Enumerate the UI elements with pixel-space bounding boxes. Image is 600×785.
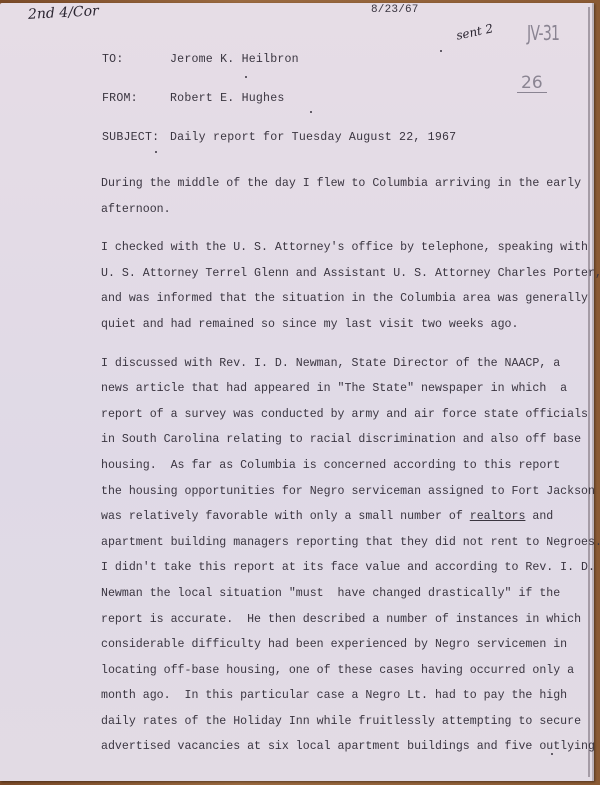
memo-line: news article that had appeared in "The S… xyxy=(101,376,571,402)
memo-line: report is accurate. He then described a … xyxy=(101,607,571,633)
memo-line: in South Carolina relating to racial dis… xyxy=(101,427,571,453)
memo-body: During the middle of the day I flew to C… xyxy=(101,171,571,773)
to-value: Jerome K. Heilbron xyxy=(170,53,299,66)
memo-line: locating off-base housing, one of these … xyxy=(101,658,571,684)
handwritten-note-top-left: 2nd 4/Cor xyxy=(28,3,100,23)
subject-label: SUBJECT: xyxy=(102,131,159,144)
handwritten-file-id: JV-31 xyxy=(527,21,559,45)
handwritten-page-number: 26 xyxy=(517,74,547,93)
memo-line: afternoon. xyxy=(101,197,571,223)
ink-speck xyxy=(310,111,312,113)
from-value: Robert E. Hughes xyxy=(170,92,285,105)
memo-line: daily rates of the Holiday Inn while fru… xyxy=(101,709,571,735)
underlined-word: realtors xyxy=(470,510,526,523)
memo-line: advertised vacancies at six local apartm… xyxy=(101,734,571,760)
to-label: TO: xyxy=(102,53,123,66)
memo-line: I discussed with Rev. I. D. Newman, Stat… xyxy=(101,351,571,377)
ink-speck xyxy=(155,151,157,153)
memo-paragraph: I discussed with Rev. I. D. Newman, Stat… xyxy=(101,351,571,761)
page-edge xyxy=(588,7,590,777)
memo-line: the housing opportunities for Negro serv… xyxy=(101,479,571,505)
memo-line: I didn't take this report at its face va… xyxy=(101,555,571,581)
memo-line: considerable difficulty had been experie… xyxy=(101,632,571,658)
memo-line: report of a survey was conducted by army… xyxy=(101,402,571,428)
memo-line: and was informed that the situation in t… xyxy=(101,286,571,312)
memo-line: apartment building managers reporting th… xyxy=(101,530,571,556)
memo-line: month ago. In this particular case a Neg… xyxy=(101,683,571,709)
subject-value: Daily report for Tuesday August 22, 1967 xyxy=(170,131,456,144)
memo-paragraph: I checked with the U. S. Attorney's offi… xyxy=(101,235,571,337)
date-stamp: 8/23/67 xyxy=(371,4,419,16)
memo-page: 2nd 4/Cor 8/23/67 sent 2 JV-31 26 TO: Je… xyxy=(0,3,594,781)
memo-line: I checked with the U. S. Attorney's offi… xyxy=(101,235,571,261)
memo-line: was relatively favorable with only a sma… xyxy=(101,504,571,530)
from-label: FROM: xyxy=(102,92,138,105)
ink-speck xyxy=(551,753,553,755)
memo-line: quiet and had remained so since my last … xyxy=(101,312,571,338)
handwritten-note-sent: sent 2 xyxy=(455,21,494,42)
memo-line: housing. As far as Columbia is concerned… xyxy=(101,453,571,479)
memo-paragraph: During the middle of the day I flew to C… xyxy=(101,171,571,222)
memo-line: During the middle of the day I flew to C… xyxy=(101,171,571,197)
ink-speck xyxy=(440,50,442,52)
ink-speck xyxy=(245,76,247,78)
memo-line: U. S. Attorney Terrel Glenn and Assistan… xyxy=(101,261,571,287)
memo-line: Newman the local situation "must have ch… xyxy=(101,581,571,607)
